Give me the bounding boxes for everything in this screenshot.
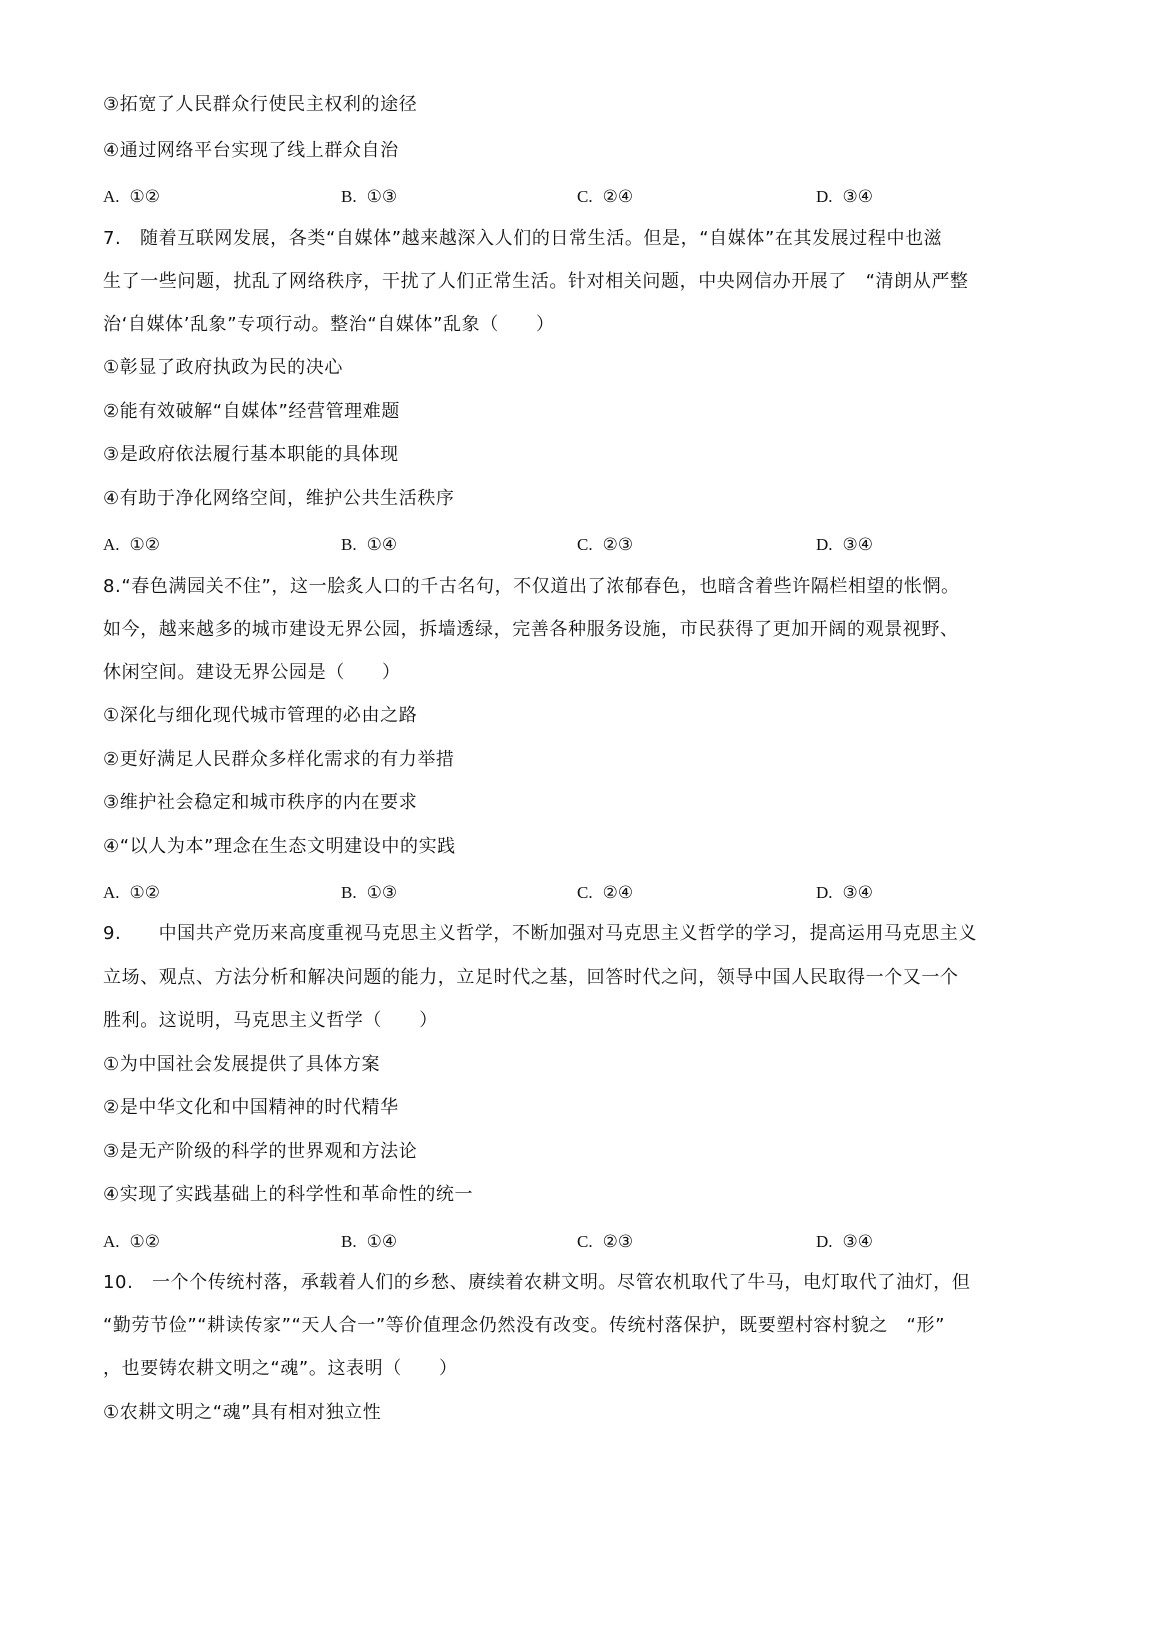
- q6-statement-4: ④通过网络平台实现了线上群众自治: [103, 139, 399, 163]
- q7-choice-a: A.①②: [103, 533, 160, 557]
- q9-choice-b: B.①④: [341, 1230, 397, 1254]
- q7-stem-line-2: 生了一些问题，扰乱了网络秩序，干扰了人们正常生活。针对相关问题，中央网信办开展了…: [103, 270, 969, 294]
- q10-stem-line-2: “勤劳节俭”“耕读传家”“天人合一”等价值理念仍然没有改变。传统村落保护，既要塑…: [103, 1314, 945, 1338]
- q9-stem-line-1: 9. 中国共产党历来高度重视马克思主义哲学，不断加强对马克思主义哲学的学习，提高…: [103, 922, 977, 946]
- q6-choices: A.①② B.①③ C.②④ D.③④: [103, 185, 1003, 209]
- q9-choice-d: D.③④: [816, 1230, 873, 1254]
- q10-stem-line-1: 10. 一个个传统村落，承载着人们的乡愁、赓续着农耕文明。尽管农机取代了牛马，电…: [103, 1271, 970, 1295]
- q8-choice-d: D.③④: [816, 881, 873, 905]
- q8-statement-4: ④“以人为本”理念在生态文明建设中的实践: [103, 835, 456, 859]
- q9-choices: A.①② B.①④ C.②③ D.③④: [103, 1230, 1003, 1254]
- q6-choice-c: C.②④: [577, 185, 633, 209]
- q9-stem-line-2: 立场、观点、方法分析和解决问题的能力，立足时代之基，回答时代之问，领导中国人民取…: [103, 966, 959, 990]
- q7-statement-2: ②能有效破解“自媒体”经营管理难题: [103, 400, 400, 424]
- exam-page: ③拓宽了人民群众行使民主权利的途径 ④通过网络平台实现了线上群众自治 A.①② …: [0, 0, 1158, 1638]
- q9-choice-a: A.①②: [103, 1230, 160, 1254]
- q7-choice-b: B.①④: [341, 533, 397, 557]
- q6-choice-b: B.①③: [341, 185, 397, 209]
- q8-statement-3: ③维护社会稳定和城市秩序的内在要求: [103, 791, 417, 815]
- q9-statement-1: ①为中国社会发展提供了具体方案: [103, 1053, 380, 1077]
- q9-stem-line-3: 胜利。这说明，马克思主义哲学（ ）: [103, 1009, 438, 1033]
- q8-choice-c: C.②④: [577, 881, 633, 905]
- q7-stem-line-1: 7. 随着互联网发展，各类“自媒体”越来越深入人们的日常生活。但是，“自媒体”在…: [103, 227, 942, 251]
- q9-statement-3: ③是无产阶级的科学的世界观和方法论: [103, 1140, 417, 1164]
- q6-choice-d: D.③④: [816, 185, 873, 209]
- q8-statement-1: ①深化与细化现代城市管理的必由之路: [103, 704, 417, 728]
- q8-choices: A.①② B.①③ C.②④ D.③④: [103, 881, 1003, 905]
- q10-stem-line-3: ，也要铸农耕文明之“魂”。这表明（ ）: [103, 1357, 458, 1381]
- q8-statement-2: ②更好满足人民群众多样化需求的有力举措: [103, 748, 455, 772]
- q8-stem-line-2: 如今，越来越多的城市建设无界公园，拆墙透绿，完善各种服务设施，市民获得了更加开阔…: [103, 618, 959, 642]
- q8-stem-line-3: 休闲空间。建设无界公园是（ ）: [103, 661, 401, 685]
- q7-statement-3: ③是政府依法履行基本职能的具体现: [103, 443, 399, 467]
- q6-choice-a: A.①②: [103, 185, 160, 209]
- q9-choice-c: C.②③: [577, 1230, 633, 1254]
- q8-stem-line-1: 8.“春色满园关不住”，这一脍炙人口的千古名句，不仅道出了浓郁春色，也暗含着些许…: [103, 575, 960, 599]
- q9-statement-4: ④实现了实践基础上的科学性和革命性的统一: [103, 1183, 473, 1207]
- q7-statement-4: ④有助于净化网络空间，维护公共生活秩序: [103, 487, 455, 511]
- q7-choices: A.①② B.①④ C.②③ D.③④: [103, 533, 1003, 557]
- q7-choice-d: D.③④: [816, 533, 873, 557]
- q8-choice-a: A.①②: [103, 881, 160, 905]
- q7-statement-1: ①彰显了政府执政为民的决心: [103, 356, 343, 380]
- q6-statement-3: ③拓宽了人民群众行使民主权利的途径: [103, 93, 417, 117]
- q8-choice-b: B.①③: [341, 881, 397, 905]
- q9-statement-2: ②是中华文化和中国精神的时代精华: [103, 1096, 399, 1120]
- q7-choice-c: C.②③: [577, 533, 633, 557]
- q7-stem-line-3: 治‘自媒体’乱象”专项行动。整治“自媒体”乱象（ ）: [103, 313, 555, 337]
- q10-statement-1: ①农耕文明之“魂”具有相对独立性: [103, 1401, 381, 1425]
